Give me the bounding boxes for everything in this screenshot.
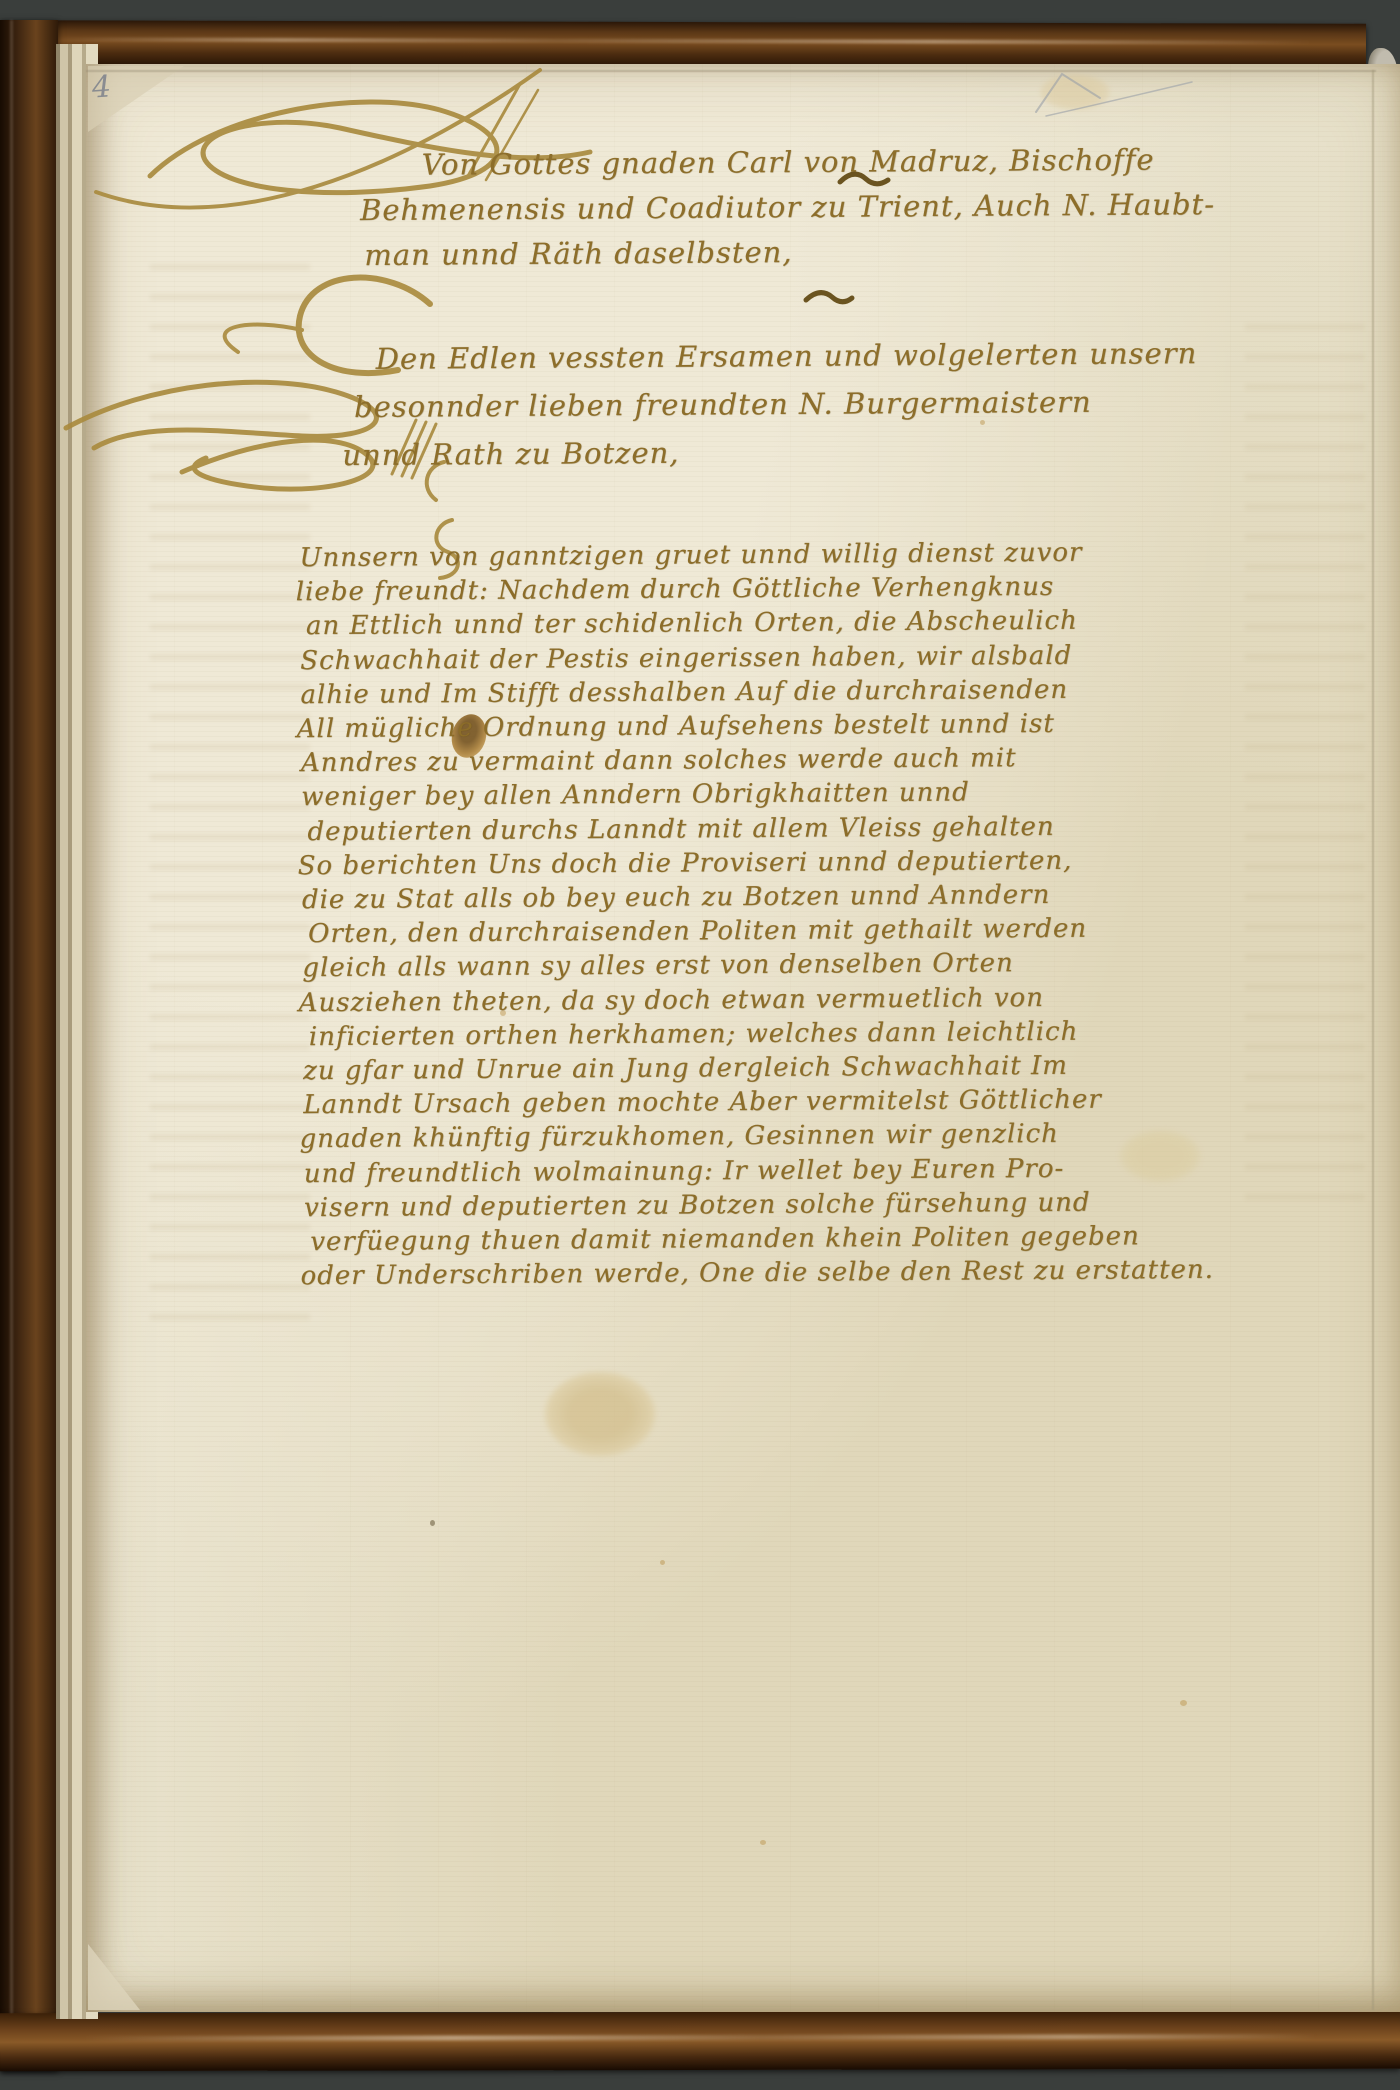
manuscript-line: an Ettlich unnd ter schidenlich Orten, d… [306, 603, 1210, 644]
manuscript-line: Orten, den durchraisenden Politen mit ge… [308, 911, 1212, 952]
letter-address: Den Edlen vessten Ersamen und wolgelerte… [376, 329, 1199, 479]
manuscript-line: Den Edlen vessten Ersamen und wolgelerte… [376, 329, 1198, 383]
manuscript-line: unnd Rath zu Botzen, [342, 425, 1198, 479]
manuscript-line: oder Underschriben werde, One die selbe … [300, 1253, 1214, 1294]
manuscript-line: inficierten orthen herkhamen; welches da… [309, 1014, 1213, 1055]
ink-bleedthrough-right [1245, 320, 1365, 1200]
right-fold-line [1372, 70, 1374, 2010]
manuscript-line: Unnsern von ganntzigen gruet unnd willig… [299, 535, 1209, 576]
fox-speck [660, 1560, 665, 1565]
manuscript-line: Lanndt Ursach geben mochte Aber vermitel… [303, 1082, 1213, 1123]
manuscript-scan: 4 Von Gottes gnaden Carl von Madruz, Bis… [0, 0, 1400, 2090]
leather-binding-left [0, 20, 58, 2070]
letter-body: Unnsern von ganntzigen gruet unnd willig… [299, 535, 1214, 1294]
water-stain-bottom [545, 1372, 655, 1456]
top-crease-line [86, 70, 1376, 72]
fox-speck [1180, 1700, 1187, 1706]
fox-speck [430, 1520, 435, 1526]
manuscript-line: Behmenensis und Coadiutor zu Trient, Auc… [360, 182, 1215, 233]
fox-speck [760, 1840, 766, 1845]
faint-stain-top-right [1040, 74, 1110, 110]
letter-heading: Von Gottes gnaden Carl von Madruz, Bisch… [392, 137, 1216, 278]
leather-binding-bottom [0, 2011, 1400, 2071]
manuscript-line: man unnd Räth daselbsten, [364, 227, 1215, 278]
ink-bleedthrough-left [150, 250, 310, 1320]
manuscript-line: besonnder lieben freundten N. Burgermais… [354, 377, 1198, 431]
manuscript-line: Von Gottes gnaden Carl von Madruz, Bisch… [422, 137, 1215, 188]
folio-number: 4 [91, 69, 112, 105]
